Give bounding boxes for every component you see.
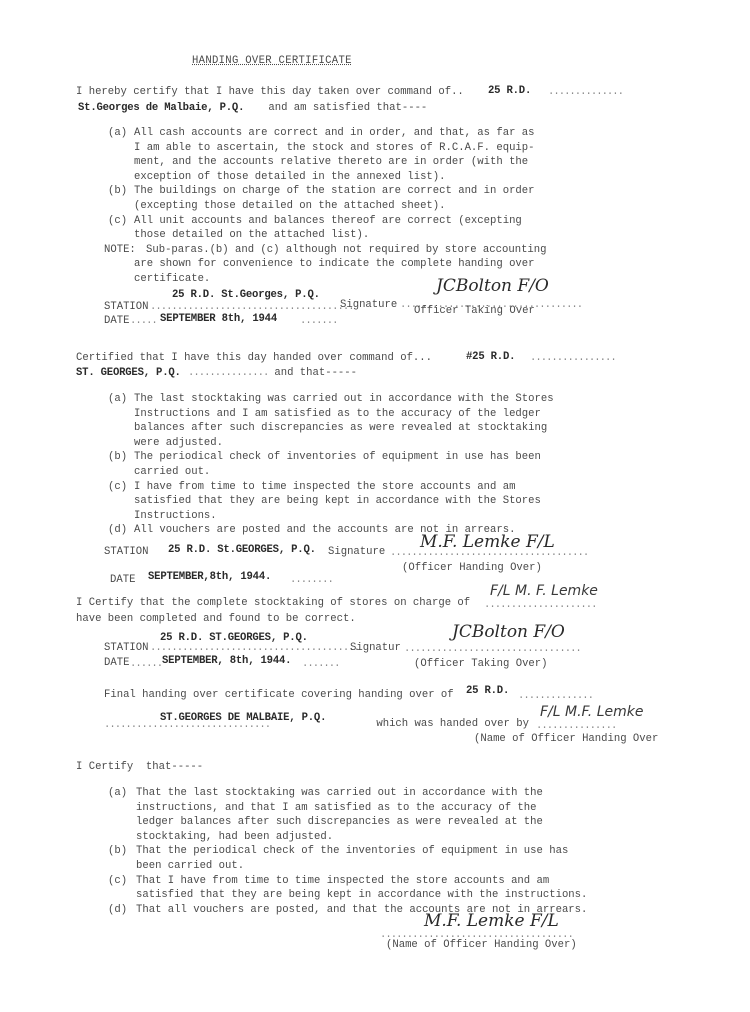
certify-intro: I Certify that----- [76,762,203,773]
fill-dots: ..................... [484,600,597,611]
signature-bolton: JCBolton F/O [436,278,549,295]
fill-dots: ............... [536,721,616,732]
certify-text: have been completed and found to be corr… [76,614,356,625]
item-text-line: That the periodical check of the invento… [136,846,568,857]
item-text-line: (excepting those detailed on the attache… [134,201,446,212]
role-caption: Officer Taking Over [414,306,535,317]
note-label: NOTE: [104,245,136,256]
officer-name-handwritten: F/L M. F. Lemke [490,584,598,598]
place-value: St.Georges de Malbaie, P.Q. [78,103,244,114]
fill-dots: ...... [130,659,162,670]
item-label: (c) [108,876,127,887]
item-text-line: instructions, and that I am satisfied as… [136,803,537,814]
station-label: STATION [104,643,149,654]
name-caption: (Name of Officer Handing Over [474,734,658,745]
item-text-line: satisfied that they are being kept in ac… [136,890,587,901]
intro-text: I hereby certify that I have this day ta… [76,87,464,98]
final-text: which was handed over by [370,719,529,730]
name-caption: (Name of Officer Handing Over) [386,940,577,951]
item-label: (a) [108,128,127,139]
item-label: (c) [108,216,127,227]
unit-value: #25 R.D. [466,352,515,363]
item-text-line: That the last stocktaking was carried ou… [136,788,543,799]
fill-dots: ..... [130,316,157,327]
place-value: ST. GEORGES, P.Q. [76,368,181,379]
item-text-line: balances after such discrepancies as wer… [134,423,547,434]
role-caption: (Officer Taking Over) [414,659,548,670]
date-value: SEPTEMBER,8th, 1944. [148,572,271,583]
signature-lemke: M.F. Lemke F/L [424,913,559,930]
document-title: HANDING OVER CERTIFICATE [192,56,352,67]
intro-tail: and am satisfied that---- [262,103,427,114]
date-label: DATE [104,316,129,327]
item-text-line: All cash accounts are correct and in ord… [134,128,535,139]
item-text-line: I am able to ascertain, the stock and st… [134,143,535,154]
signature-lemke: M.F. Lemke F/L [420,534,555,551]
officer-name-handwritten: F/L M.F. Lemke [540,705,643,719]
item-text-line: All unit accounts and balances thereof a… [134,216,522,227]
item-label: (a) [108,394,127,405]
fill-dots: .............. [518,691,593,702]
item-label: (d) [108,905,127,916]
item-text-line: The last stocktaking was carried out in … [134,394,554,405]
date-label: DATE [110,575,135,586]
note-text-line: certificate. [134,274,210,285]
intro-tail: and that----- [268,368,357,379]
item-label: (b) [108,452,127,463]
fill-dots: ....... [300,316,338,327]
place-value: ST.GEORGES DE MALBAIE, P.Q. [160,713,326,724]
final-text: Final handing over certificate covering … [104,690,454,701]
item-text-line: those detailed on the attached list). [134,230,369,241]
item-text-line: exception of those detailed in the annex… [134,172,446,183]
date-value: SEPTEMBER, 8th, 1944. [162,656,291,667]
item-label: (b) [108,186,127,197]
fill-dots: ................................. [404,644,581,655]
item-text-line: ment, and the accounts relative thereto … [134,157,528,168]
fill-dots: .............. [548,87,623,98]
item-text-line: Instructions and I am satisfied as to th… [134,409,541,420]
note-text-line: Sub-paras.(b) and (c) although not requi… [146,245,547,256]
item-text-line: I have from time to time inspected the s… [134,482,515,493]
fill-dots: ....... [302,659,340,670]
item-text-line: Instructions. [134,511,217,522]
item-text-line: satisfied that they are being kept in ac… [134,496,541,507]
item-text-line: The buildings on charge of the station a… [134,186,535,197]
station-value: 25 R.D. ST.GEORGES, P.Q. [160,633,308,644]
fill-dots: ............... [188,368,268,379]
item-text-line: That I have from time to time inspected … [136,876,549,887]
fill-dots: ...................................... [150,302,354,313]
unit-value: 25 R.D. [466,686,509,697]
intro-text: Certified that I have this day handed ov… [76,353,432,364]
item-label: (d) [108,525,127,536]
item-text-line: carried out. [134,467,210,478]
station-label: STATION [104,547,149,558]
fill-dots: ................ [530,353,616,364]
item-text-line: The periodical check of inventories of e… [134,452,541,463]
station-value: 25 R.D. St.Georges, P.Q. [172,290,320,301]
item-text-line: were adjusted. [134,438,223,449]
certify-text: I Certify that the complete stocktaking … [76,598,470,609]
signature-label: Signatur [350,643,401,654]
item-label: (a) [108,788,127,799]
note-text-line: are shown for convenience to indicate th… [134,259,535,270]
item-label: (b) [108,846,127,857]
date-value: SEPTEMBER 8th, 1944 [160,314,277,325]
item-text-line: stocktaking, had been adjusted. [136,832,333,843]
signature-label: Signature [328,547,385,558]
role-caption: (Officer Handing Over) [402,563,542,574]
unit-value: 25 R.D. [488,86,531,97]
station-label: STATION [104,302,149,313]
fill-dots: ........ [290,575,333,586]
fill-dots: ....................................... [150,643,359,654]
station-value: 25 R.D. St.GEORGES, P.Q. [168,545,316,556]
item-text-line: been carried out. [136,861,244,872]
signature-bolton: JCBolton F/O [452,624,565,641]
signature-label: Signature [340,300,397,311]
item-label: (c) [108,482,127,493]
date-label: DATE [104,658,129,669]
item-text-line: ledger balances after such discrepancies… [136,817,543,828]
